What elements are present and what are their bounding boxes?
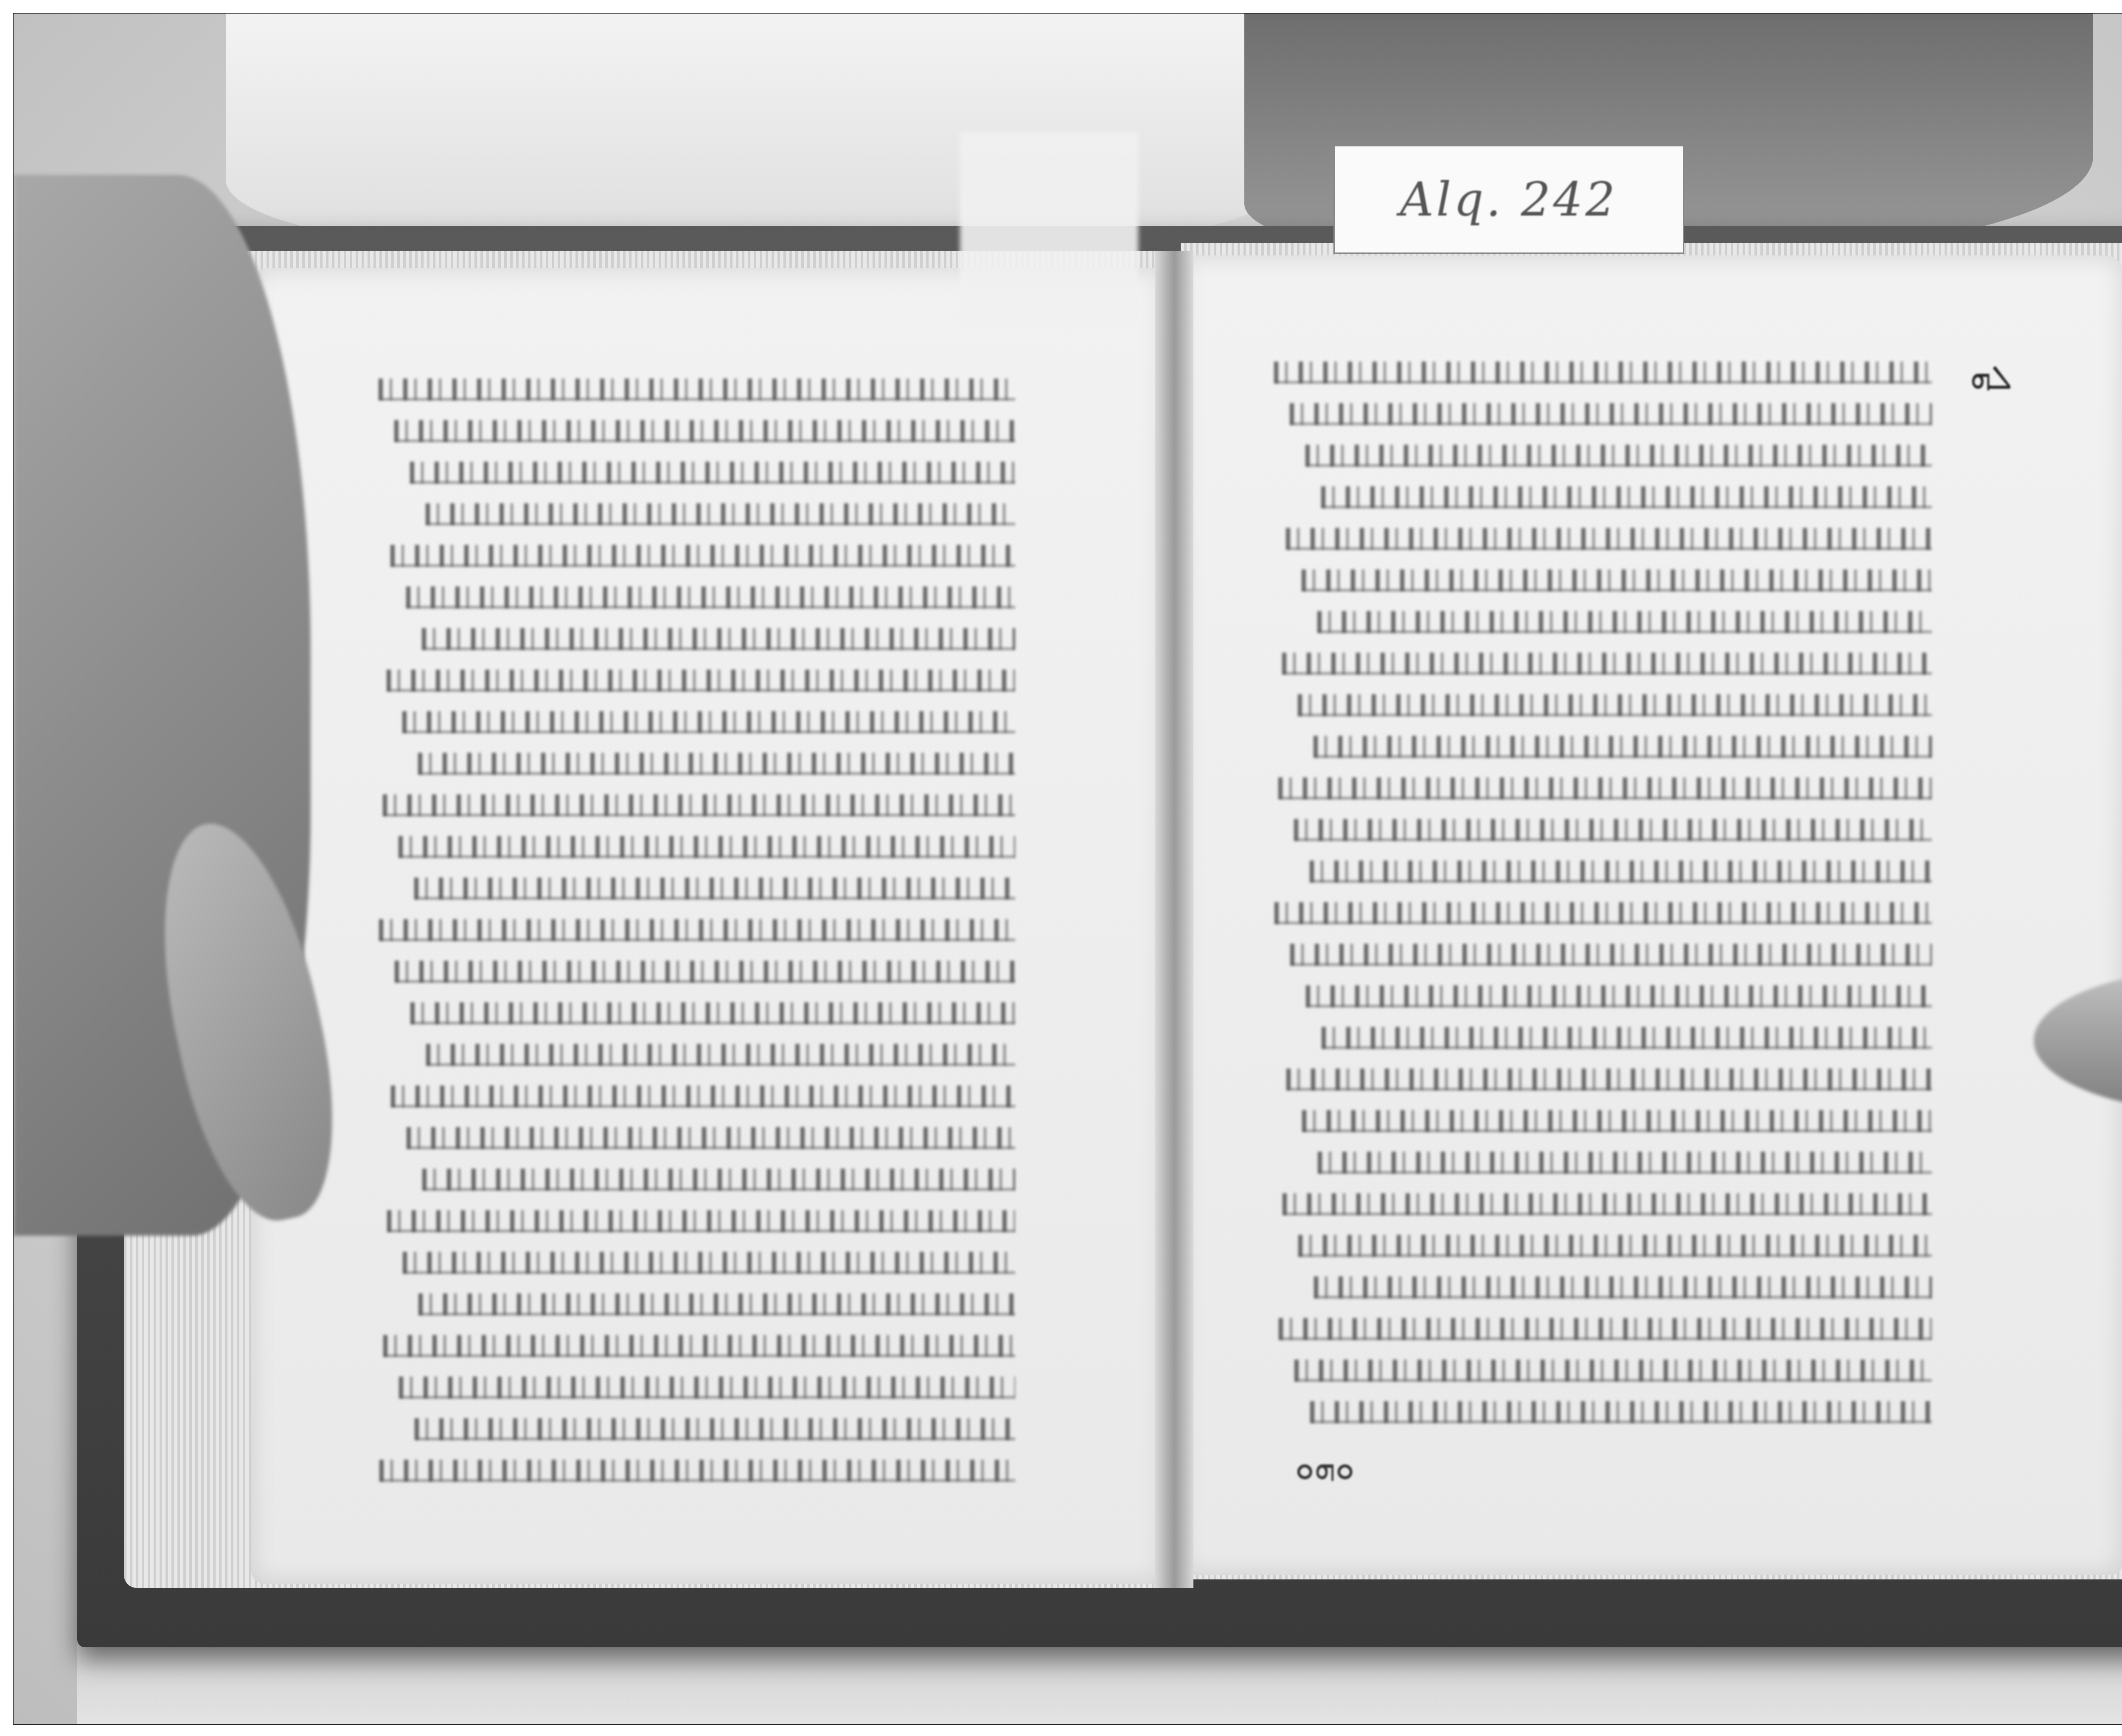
script-line (1298, 1235, 1932, 1257)
script-line (387, 1210, 1015, 1232)
script-line (1321, 486, 1932, 508)
paper-bookmark (960, 132, 1138, 323)
table-surface (77, 1635, 2122, 1725)
script-line (1298, 694, 1932, 716)
script-line (418, 753, 1015, 775)
script-line (1314, 736, 1932, 758)
script-line (406, 586, 1015, 609)
script-line (1294, 1360, 1932, 1382)
script-line (383, 794, 1015, 816)
script-line (387, 670, 1015, 692)
script-line (415, 1418, 1015, 1440)
call-number-slip: Alq. 242 (1333, 145, 1684, 254)
script-line (379, 919, 1015, 941)
script-line (426, 1044, 1015, 1066)
manuscript-photo: Alq. 242 ܠܗ ܘܗܘ (13, 13, 2122, 1725)
script-line (390, 545, 1015, 567)
script-line (1286, 528, 1932, 550)
script-line (1314, 1276, 1932, 1298)
script-line (403, 1252, 1015, 1274)
script-line (426, 503, 1015, 525)
script-line (1318, 1152, 1932, 1174)
script-line (1294, 819, 1932, 841)
call-number-text: Alq. 242 (1400, 172, 1618, 227)
script-line (1310, 861, 1932, 883)
script-line (1286, 1069, 1932, 1091)
script-line (414, 878, 1015, 900)
script-line (1317, 611, 1932, 633)
script-line (1279, 1318, 1932, 1340)
script-line (1278, 777, 1932, 799)
script-line (399, 1377, 1015, 1399)
book-gutter (1155, 251, 1193, 1588)
script-line (1290, 944, 1932, 966)
left-page (251, 268, 1164, 1584)
folio-number: ܠܗ (1970, 357, 2012, 397)
script-line (410, 1002, 1015, 1024)
script-line (422, 628, 1015, 650)
script-line (383, 1335, 1015, 1357)
script-line (407, 1127, 1015, 1149)
script-line (379, 1460, 1015, 1482)
script-line (394, 420, 1015, 442)
script-line (1306, 985, 1932, 1007)
script-line (418, 1293, 1015, 1315)
script-line (1322, 1027, 1932, 1049)
script-line (1310, 1401, 1932, 1423)
script-line (399, 836, 1015, 858)
catchword: ܘܗܘ (1295, 1448, 1354, 1488)
script-line (395, 961, 1015, 983)
script-line (1274, 902, 1932, 924)
script-line (1305, 445, 1932, 467)
script-line (1302, 569, 1932, 592)
script-line (1282, 653, 1932, 675)
script-line (391, 1085, 1015, 1108)
script-line (1302, 1110, 1932, 1132)
script-line (410, 462, 1015, 484)
script-line (1290, 403, 1932, 425)
right-page (1181, 255, 2122, 1575)
script-line (422, 1169, 1015, 1191)
script-line (402, 711, 1015, 733)
script-line (1274, 362, 1932, 384)
script-line (379, 379, 1015, 401)
script-line (1283, 1193, 1932, 1215)
